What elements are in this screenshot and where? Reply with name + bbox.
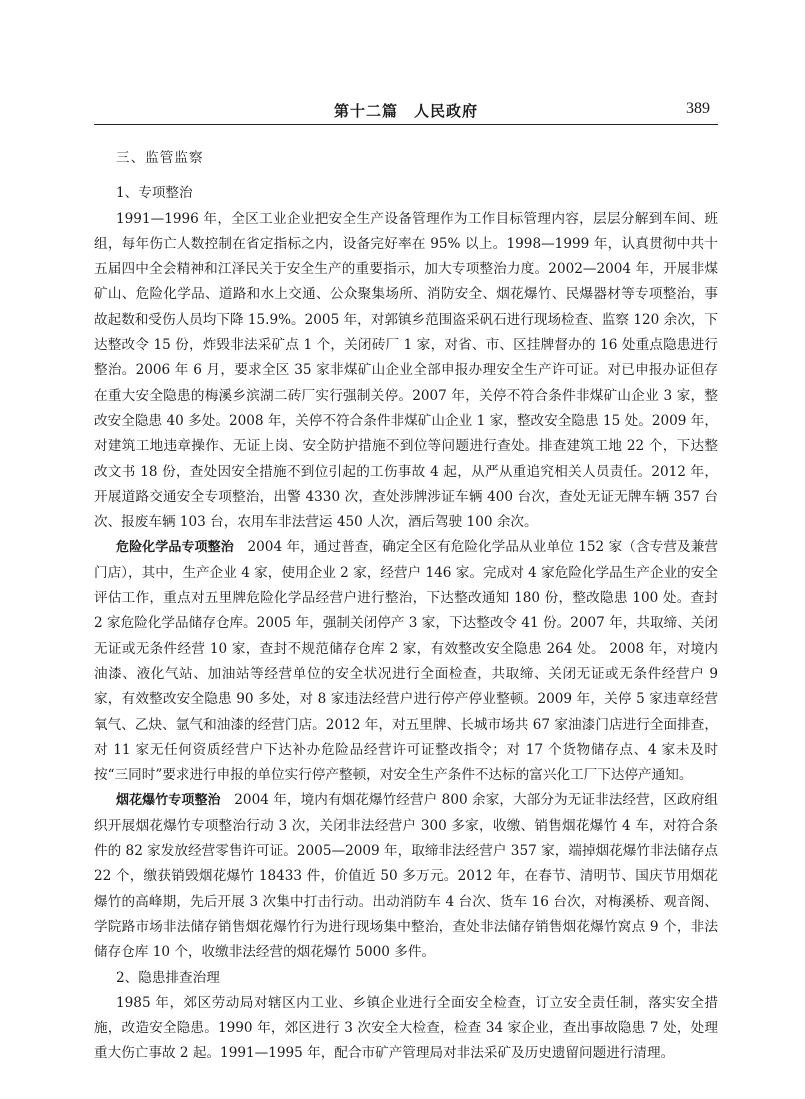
paragraph-text: 2004 年，通过普查，确定全区有危险化学品从业单位 152 家（含专营及兼营门…	[94, 539, 718, 783]
chapter-title: 第十二篇 人民政府	[94, 100, 718, 121]
paragraph: 1985 年，郊区劳动局对辖区内工业、乡镇企业进行全面安全检查，订立安全责任制，…	[94, 991, 718, 1067]
paragraph: 1991—1996 年，全区工业企业把安全生产设备管理作为工作目标管理内容，层层…	[94, 207, 718, 536]
paragraph-lead: 危险化学品专项整治	[116, 540, 234, 555]
paragraph: 烟花爆竹专项整治 2004 年，境内有烟花爆竹经营户 800 余家，大部分为无证…	[94, 788, 718, 965]
running-header: 第十二篇 人民政府 389	[94, 100, 718, 124]
page-number: 389	[686, 100, 710, 118]
paragraph-text: 1991—1996 年，全区工业企业把安全生产设备管理作为工作目标管理内容，层层…	[94, 211, 718, 531]
section-heading: 三、监管监察	[116, 146, 718, 171]
paragraph-lead: 烟花爆竹专项整治	[116, 793, 221, 808]
paragraph-text: 1985 年，郊区劳动局对辖区内工业、乡镇企业进行全面安全检查，订立安全责任制，…	[94, 995, 718, 1062]
header-rule	[94, 124, 718, 125]
paragraph: 危险化学品专项整治 2004 年，通过普查，确定全区有危险化学品从业单位 152…	[94, 535, 718, 788]
subsection-heading: 2、隐患排查治理	[94, 966, 718, 991]
subsection-heading: 1、专项整治	[94, 181, 718, 206]
paragraph-text: 2004 年，境内有烟花爆竹经营户 800 余家，大部分为无证非法经营，区政府组…	[94, 792, 718, 960]
body-text: 三、监管监察 1、专项整治 1991—1996 年，全区工业企业把安全生产设备管…	[94, 146, 718, 1067]
